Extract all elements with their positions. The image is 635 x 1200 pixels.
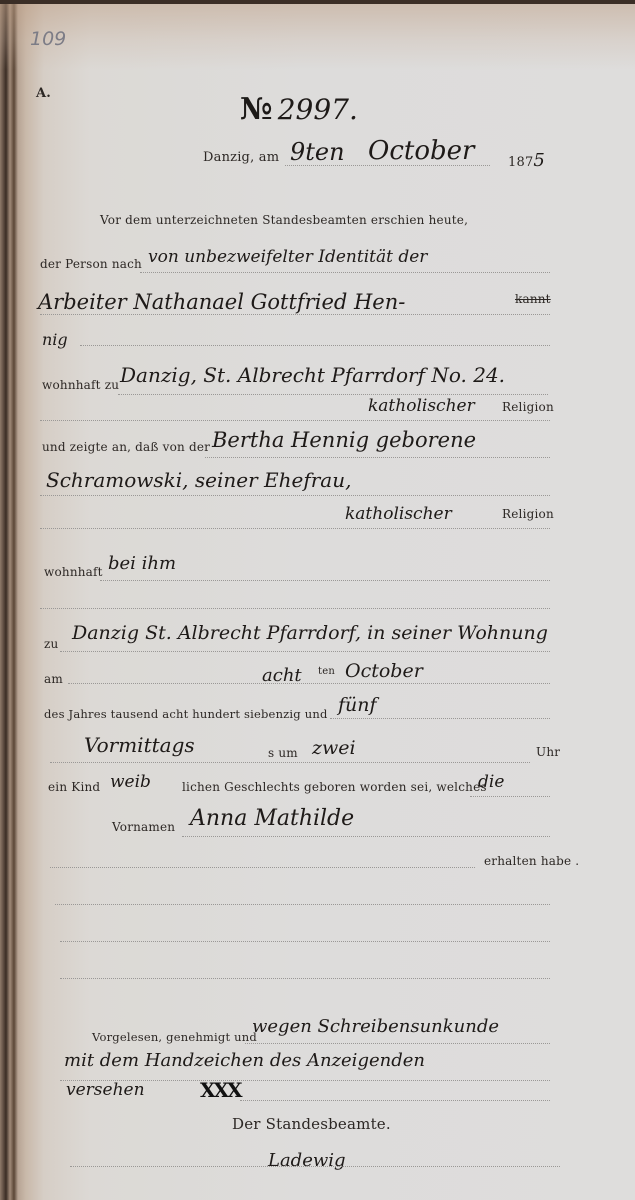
birth-date-label: am — [44, 672, 63, 686]
rule-line — [470, 796, 550, 797]
registrar-label: Der Standesbeamte. — [232, 1115, 391, 1133]
religion-2-handwritten: katholischer — [345, 504, 452, 524]
mother-residence-handwritten: bei ihm — [108, 553, 176, 574]
hour-label: Uhr — [536, 745, 560, 759]
rule-line — [40, 608, 550, 609]
time-of-day-handwritten: Vormittags — [84, 733, 195, 757]
known-struck: kannt — [515, 292, 551, 306]
birth-year-handwritten: fünf — [338, 694, 377, 716]
mother-name: Bertha Hennig geborene — [212, 428, 476, 452]
rule-line — [100, 580, 550, 581]
year-handwritten: 5 — [533, 150, 544, 171]
rule-line — [60, 978, 550, 979]
received-label: erhalten habe . — [484, 854, 579, 868]
closing-label: Vorgelesen, genehmigt und — [92, 1030, 257, 1044]
identity-handwritten: von unbezweifelter Identität der — [148, 247, 427, 267]
rule-line — [140, 272, 550, 273]
folio-number: 109 — [30, 28, 66, 50]
place-label: Danzig, am — [203, 150, 279, 165]
date-month: October — [368, 136, 474, 166]
informant-name: Arbeiter Nathanael Gottfried Hen- — [38, 290, 405, 314]
religion-label-2: Religion — [502, 507, 554, 521]
rule-line — [60, 941, 550, 942]
mother-name-cont: Schramowski, seiner Ehefrau, — [46, 468, 351, 492]
informant-name-cont: nig — [42, 330, 68, 349]
residence-handwritten: Danzig, St. Albrecht Pfarrdorf No. 24. — [120, 363, 505, 387]
closing-handwritten-1: wegen Schreibensunkunde — [252, 1016, 499, 1037]
year-printed: 187 — [508, 155, 533, 170]
rule-line — [40, 495, 550, 496]
given-names-label: Vornamen — [112, 820, 175, 834]
number-sign: № — [240, 92, 273, 127]
rule-line — [245, 1043, 550, 1044]
birth-day-suffix: ten — [318, 666, 335, 677]
rule-line — [240, 1100, 550, 1101]
page-top-edge — [0, 0, 635, 4]
rule-line — [70, 1166, 560, 1167]
record-number-value: 2997. — [278, 93, 358, 126]
rule-line — [68, 683, 550, 684]
rule-line — [50, 867, 475, 868]
rule-line — [60, 651, 550, 652]
time-s-um: s um — [268, 746, 298, 760]
religion-1-handwritten: katholischer — [368, 396, 475, 416]
informant-marks: XXX — [200, 1078, 241, 1102]
birthplace-label: zu — [44, 637, 58, 651]
year-phrase: des Jahres tausend acht hundert siebenzi… — [44, 707, 328, 721]
rule-line — [205, 457, 550, 458]
child-label-2: lichen Geschlechts geboren worden sei, w… — [182, 780, 487, 794]
religion-label-1: Religion — [502, 400, 554, 414]
residence-label: wohnhaft zu — [42, 378, 119, 392]
intro-text: Vor dem unterzeichneten Standesbeamten e… — [100, 213, 468, 227]
rule-line — [118, 394, 548, 395]
mother-residence-label: wohnhaft — [44, 565, 103, 579]
page-top-shadow — [0, 0, 635, 70]
article-handwritten: die — [478, 772, 504, 792]
registrar-signature: Ladewig — [268, 1150, 346, 1171]
rule-line — [55, 904, 550, 905]
birthplace-handwritten: Danzig St. Albrecht Pfarrdorf, in seiner… — [72, 622, 548, 644]
closing-handwritten-3: versehen — [66, 1080, 145, 1100]
rule-line — [80, 345, 550, 346]
year: 1875 — [508, 150, 545, 171]
rule-line — [50, 762, 530, 763]
rule-line — [40, 420, 550, 421]
rule-line — [40, 528, 550, 529]
form-letter: A. — [36, 86, 51, 101]
closing-handwritten-2: mit dem Handzeichen des Anzeigenden — [64, 1050, 425, 1071]
record-number: № 2997. — [240, 92, 358, 127]
sex-handwritten: weib — [110, 772, 151, 792]
person-label: der Person nach — [40, 257, 142, 271]
rule-line — [182, 836, 550, 837]
hour-handwritten: zwei — [312, 737, 356, 759]
rule-line — [330, 718, 550, 719]
report-label: und zeigte an, daß von der — [42, 440, 210, 454]
rule-line — [40, 314, 550, 315]
birth-month-handwritten: October — [345, 660, 423, 682]
given-names-handwritten: Anna Mathilde — [190, 806, 354, 831]
child-label-1: ein Kind — [48, 780, 100, 794]
date-day: 9ten — [290, 138, 345, 166]
